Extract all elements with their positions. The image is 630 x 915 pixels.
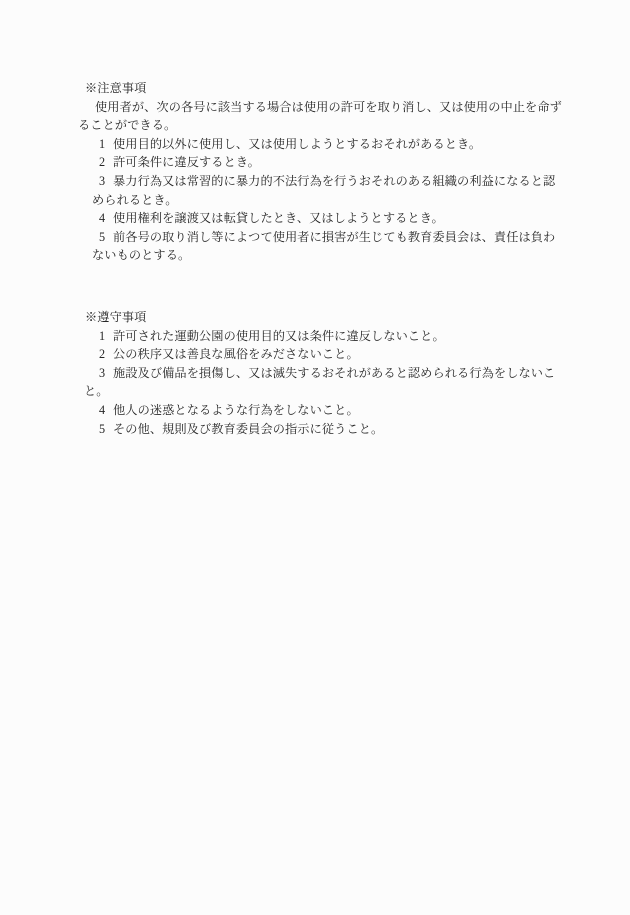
document-line: 5前各号の取り消し等によつて使用者に損害が生じても教育委員会は、責任は負わ <box>0 228 630 247</box>
item-number: 1 <box>99 327 113 346</box>
document-line: 2許可条件に違反するとき。 <box>0 153 630 172</box>
document-line: 3施設及び備品を損傷し、又は滅失するおそれがあると認められる行為をしないこ <box>0 364 630 383</box>
document-line: 5その他、規則及び教育委員会の指示に従うこと。 <box>0 420 630 439</box>
line-text: その他、規則及び教育委員会の指示に従うこと。 <box>113 422 383 436</box>
document-line: 2公の秩序又は善良な風俗をみださないこと。 <box>0 345 630 364</box>
line-text: 使用目的以外に使用し、又は使用しようとするおそれがあるとき。 <box>113 137 481 151</box>
item-number: 5 <box>99 420 113 439</box>
section-heading: ※遵守事項 <box>0 308 630 327</box>
document-line: 3暴力行為又は常習的に暴力的不法行為を行うおそれのある組織の利益になると認 <box>0 172 630 191</box>
document-line: められるとき。 <box>0 191 630 210</box>
section-lines: 1許可された運動公園の使用目的又は条件に違反しないこと。 2公の秩序又は善良な風… <box>0 327 630 439</box>
document-line: 4他人の迷惑となるような行為をしないこと。 <box>0 401 630 420</box>
line-text: 使用権利を譲渡又は転貸したとき、又はしようとするとき。 <box>113 211 444 225</box>
item-number: 3 <box>99 172 113 191</box>
item-number: 1 <box>99 135 113 154</box>
line-text: 前各号の取り消し等によつて使用者に損害が生じても教育委員会は、責任は負わ <box>113 230 555 244</box>
line-text: められるとき。 <box>92 193 178 207</box>
line-text: 許可条件に違反するとき。 <box>113 155 260 169</box>
document-line: 4使用権利を譲渡又は転貸したとき、又はしようとするとき。 <box>0 209 630 228</box>
item-number: 5 <box>99 228 113 247</box>
item-number: 4 <box>99 209 113 228</box>
document-line: と。 <box>0 382 630 401</box>
item-number: 3 <box>99 364 113 383</box>
line-text: 使用者が、次の各号に該当する場合は使用の許可を取り消し、又は使用の中止を命ず <box>95 100 562 114</box>
line-text: 許可された運動公園の使用目的又は条件に違反しないこと。 <box>113 329 445 343</box>
document-line: 使用者が、次の各号に該当する場合は使用の許可を取り消し、又は使用の中止を命ず <box>0 98 630 117</box>
document-line: ることができる。 <box>0 116 630 135</box>
document-line: ないものとする。 <box>0 246 630 265</box>
document-line: 1使用目的以外に使用し、又は使用しようとするおそれがあるとき。 <box>0 135 630 154</box>
line-text: 公の秩序又は善良な風俗をみださないこと。 <box>113 347 359 361</box>
document-line: 1許可された運動公園の使用目的又は条件に違反しないこと。 <box>0 327 630 346</box>
line-text: ないものとする。 <box>92 248 190 262</box>
item-number: 4 <box>99 401 113 420</box>
document-text: ※注意事項 使用者が、次の各号に該当する場合は使用の許可を取り消し、又は使用の中… <box>0 79 630 438</box>
line-text: ることができる。 <box>78 118 176 132</box>
line-text: 他人の迷惑となるような行為をしないこと。 <box>113 403 359 417</box>
notice-section: ※注意事項 使用者が、次の各号に該当する場合は使用の許可を取り消し、又は使用の中… <box>0 79 630 265</box>
section-lines: 使用者が、次の各号に該当する場合は使用の許可を取り消し、又は使用の中止を命ず る… <box>0 98 630 265</box>
line-text: と。 <box>84 384 109 398</box>
compliance-section: ※遵守事項 1許可された運動公園の使用目的又は条件に違反しないこと。 2公の秩序… <box>0 308 630 438</box>
section-heading: ※注意事項 <box>0 79 630 98</box>
document-page: ※注意事項 使用者が、次の各号に該当する場合は使用の許可を取り消し、又は使用の中… <box>0 0 630 915</box>
item-number: 2 <box>99 153 113 172</box>
item-number: 2 <box>99 345 113 364</box>
line-text: 施設及び備品を損傷し、又は滅失するおそれがあると認められる行為をしないこ <box>113 366 555 380</box>
line-text: 暴力行為又は常習的に暴力的不法行為を行うおそれのある組織の利益になると認 <box>113 174 555 188</box>
